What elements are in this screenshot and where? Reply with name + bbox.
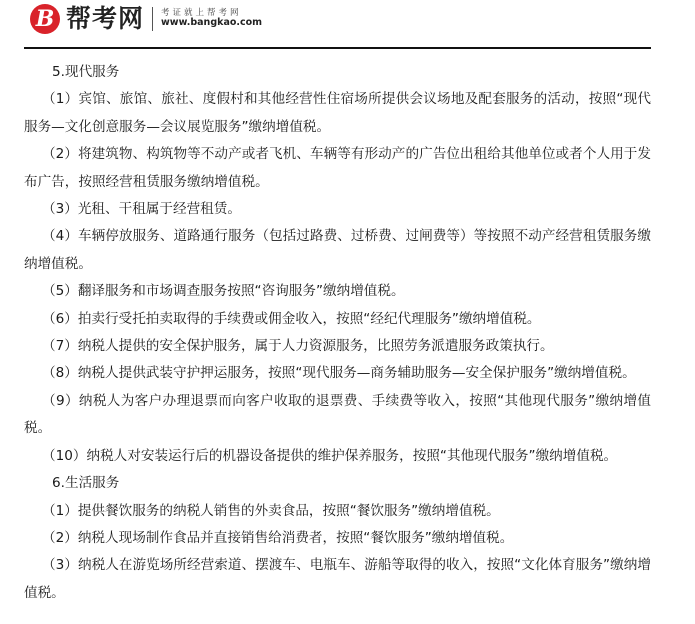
paragraph-item: （3）纳税人在游览场所经营索道、摆渡车、电瓶车、游船等取得的收入，按照“文化体育…	[24, 552, 651, 607]
paragraph-item: （7）纳税人提供的安全保护服务，属于人力资源服务，比照劳务派遣服务政策执行。	[24, 333, 651, 360]
section-heading-life-services: 6.生活服务	[24, 470, 651, 497]
paragraph-item: （8）纳税人提供武装守护押运服务，按照“现代服务—商务辅助服务—安全保护服务”缴…	[24, 360, 651, 387]
header-divider	[24, 47, 651, 49]
paragraph-item: （9）纳税人为客户办理退票而向客户收取的退票费、手续费等收入，按照“其他现代服务…	[24, 388, 651, 443]
paragraph-item: （10）纳税人对安装运行后的机器设备提供的维护保养服务，按照“其他现代服务”缴纳…	[24, 443, 651, 470]
logo-b-icon: B	[30, 4, 60, 34]
paragraph-item: （6）拍卖行受托拍卖取得的手续费或佣金收入，按照“经纪代理服务”缴纳增值税。	[24, 306, 651, 333]
section-heading-modern-services: 5.现代服务	[24, 59, 651, 86]
paragraph-item: （2）纳税人现场制作食品并直接销售给消费者，按照“餐饮服务”缴纳增值税。	[24, 525, 651, 552]
paragraph-item: （1）提供餐饮服务的纳税人销售的外卖食品，按照“餐饮服务”缴纳增值税。	[24, 498, 651, 525]
paragraph-item: （1）宾馆、旅馆、旅社、度假村和其他经营性住宿场所提供会议场地及配套服务的活动，…	[24, 86, 651, 141]
site-url: www.bangkao.com	[161, 18, 262, 29]
logo-tagline: 考证就上帮考网 www.bangkao.com	[161, 9, 262, 30]
paragraph-item: （4）车辆停放服务、道路通行服务（包括过路费、过桥费、过闸费等）等按照不动产经营…	[24, 223, 651, 278]
paragraph-item: （2）将建筑物、构筑物等不动产或者飞机、车辆等有形动产的广告位出租给其他单位或者…	[24, 141, 651, 196]
page-header: B 帮考网 考证就上帮考网 www.bangkao.com	[0, 0, 695, 50]
paragraph-item: （3）光租、干租属于经营租赁。	[24, 196, 651, 223]
paragraph-item: （5）翻译服务和市场调查服务按照“咨询服务”缴纳增值税。	[24, 278, 651, 305]
logo-divider	[152, 7, 153, 31]
site-logo[interactable]: B 帮考网 考证就上帮考网 www.bangkao.com	[30, 3, 262, 35]
document-body: 5.现代服务 （1）宾馆、旅馆、旅社、度假村和其他经营性住宿场所提供会议场地及配…	[24, 59, 651, 607]
brand-name: 帮考网	[66, 3, 144, 35]
